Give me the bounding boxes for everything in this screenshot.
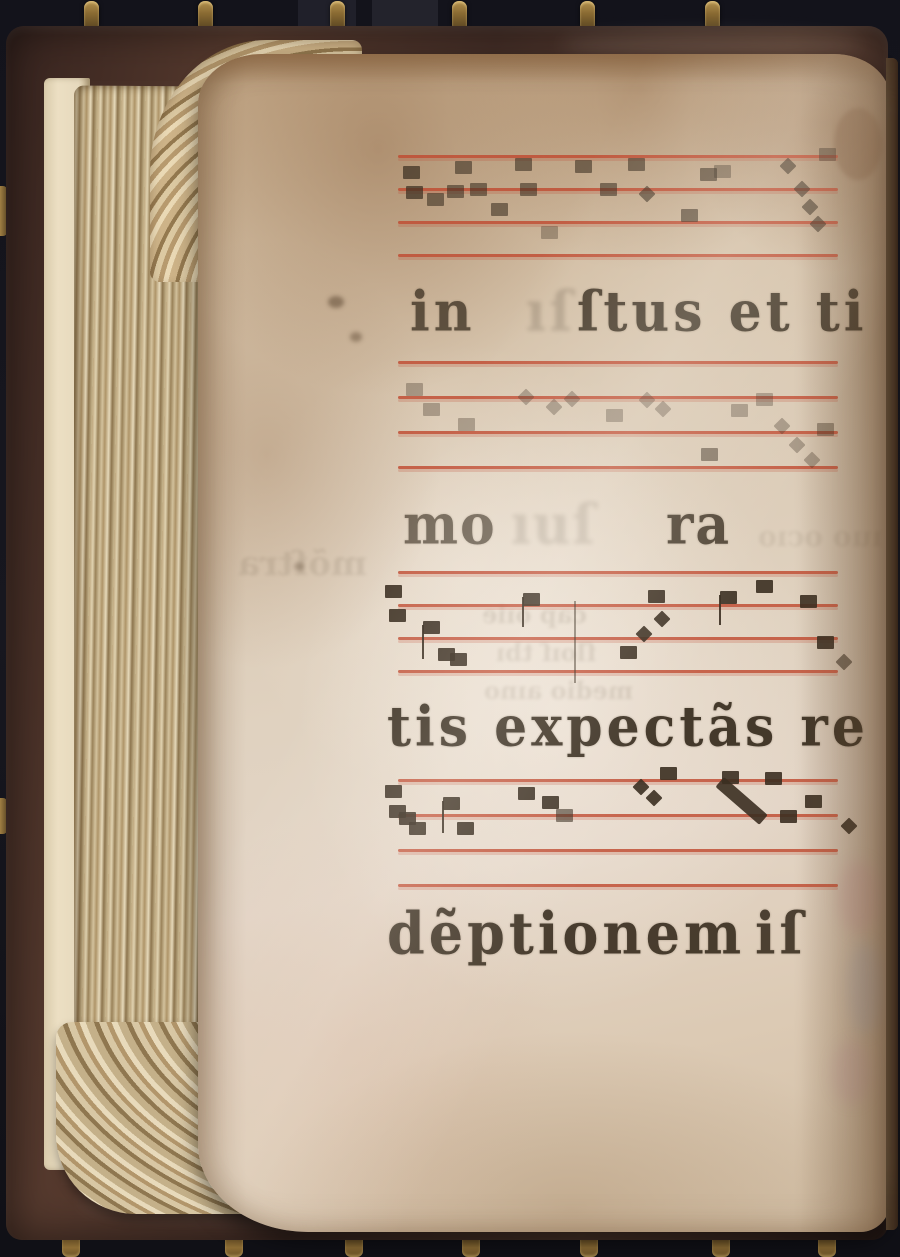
- photo-of-open-antiphonal-manuscript: mõſtracap oıieſloıſ tbımedio aınoıuo ocı…: [0, 0, 900, 1257]
- brass-stud: [198, 1, 213, 28]
- manuscript-page: mõſtracap oıieſloıſ tbımedio aınoıuo ocı…: [198, 54, 890, 1232]
- brass-stud: [705, 1, 720, 28]
- brass-stud: [452, 1, 467, 28]
- brass-stud: [84, 1, 99, 28]
- parchment-sheen: [198, 54, 890, 1232]
- brass-stud: [580, 1, 595, 28]
- top-brass-studs-row: [0, 0, 900, 28]
- page-block-gutter-edge: [886, 58, 898, 1230]
- brass-stud: [330, 1, 345, 28]
